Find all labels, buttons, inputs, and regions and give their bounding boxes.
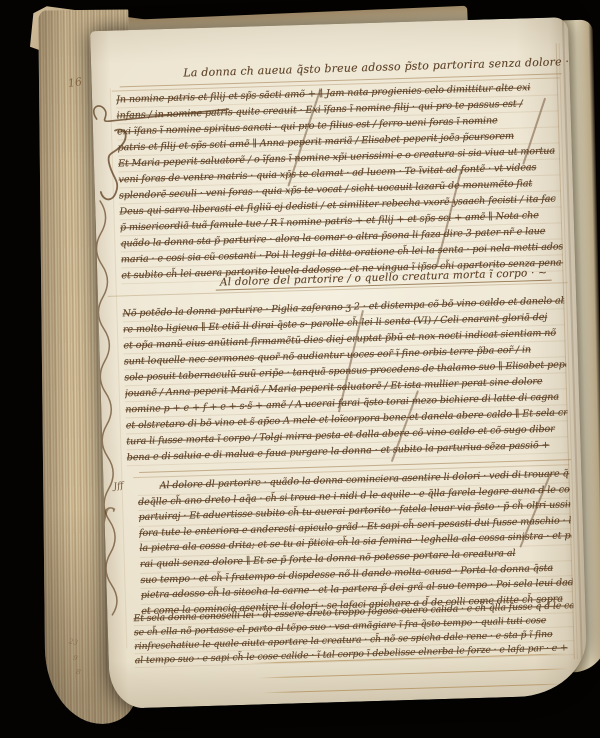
paragraph-margin-mark: Jff (113, 481, 124, 492)
folio-number: 16 (67, 75, 83, 90)
paragraph-eagle-stone-remedy: Al dolore dl partorire · quãdo la donna … (137, 467, 573, 620)
edge-scribble-number: 23 (68, 637, 79, 647)
blank-ruled-line (276, 697, 534, 706)
blank-ruled-line (262, 683, 564, 693)
paragraph-latin-charm: Jn nomine patris et filij et sp̃s sãcti … (116, 79, 564, 284)
blank-ruled-line (257, 668, 569, 678)
manuscript-page: La donna ch aueua q̃sto breue adosso p̃s… (90, 17, 588, 709)
paragraph-diet-advice: Et sela donna conoselli lei · di essere … (133, 599, 574, 668)
manuscript-photograph: 23 9 8 La donna ch aueua q̃sto breue ado… (0, 0, 600, 738)
